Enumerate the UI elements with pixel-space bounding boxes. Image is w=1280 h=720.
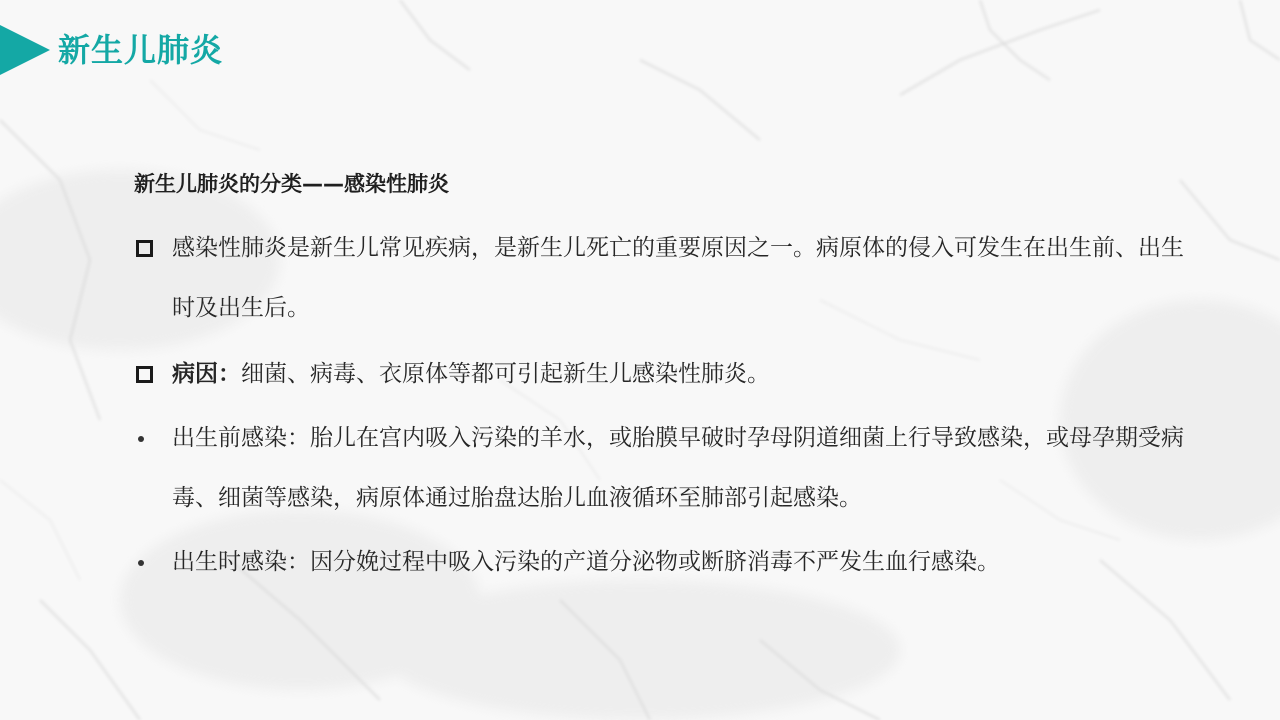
item-text: 感染性肺炎是新生儿常见疾病，是新生儿死亡的重要原因之一。病原体的侵入可发生在出生…	[172, 235, 1184, 321]
square-bullet-icon	[136, 366, 153, 383]
list-item: 感染性肺炎是新生儿常见疾病，是新生儿死亡的重要原因之一。病原体的侵入可发生在出生…	[134, 218, 1194, 338]
section-subtitle: 新生儿肺炎的分类——感染性肺炎	[134, 166, 1194, 202]
item-text: 出生时感染：因分娩过程中吸入污染的产道分泌物或断脐消毒不严发生血行感染。	[172, 549, 1000, 575]
list-item: 病因：细菌、病毒、衣原体等都可引起新生儿感染性肺炎。	[134, 344, 1194, 404]
item-bold-label: 病因：	[172, 361, 241, 387]
square-bullet-icon	[136, 240, 153, 257]
dot-bullet-icon	[138, 560, 144, 566]
slide-content: 新生儿肺炎的分类——感染性肺炎 感染性肺炎是新生儿常见疾病，是新生儿死亡的重要原…	[134, 166, 1194, 592]
list-item: 出生时感染：因分娩过程中吸入污染的产道分泌物或断脐消毒不严发生血行感染。	[134, 532, 1194, 592]
slide-title: 新生儿肺炎	[58, 26, 223, 74]
item-text: 出生前感染：胎儿在宫内吸入污染的羊水，或胎膜早破时孕母阴道细菌上行导致感染，或母…	[172, 425, 1184, 511]
title-arrow-icon	[0, 25, 50, 75]
item-text: 细菌、病毒、衣原体等都可引起新生儿感染性肺炎。	[241, 361, 770, 387]
dot-bullet-icon	[138, 436, 144, 442]
list-item: 出生前感染：胎儿在宫内吸入污染的羊水，或胎膜早破时孕母阴道细菌上行导致感染，或母…	[134, 408, 1194, 528]
